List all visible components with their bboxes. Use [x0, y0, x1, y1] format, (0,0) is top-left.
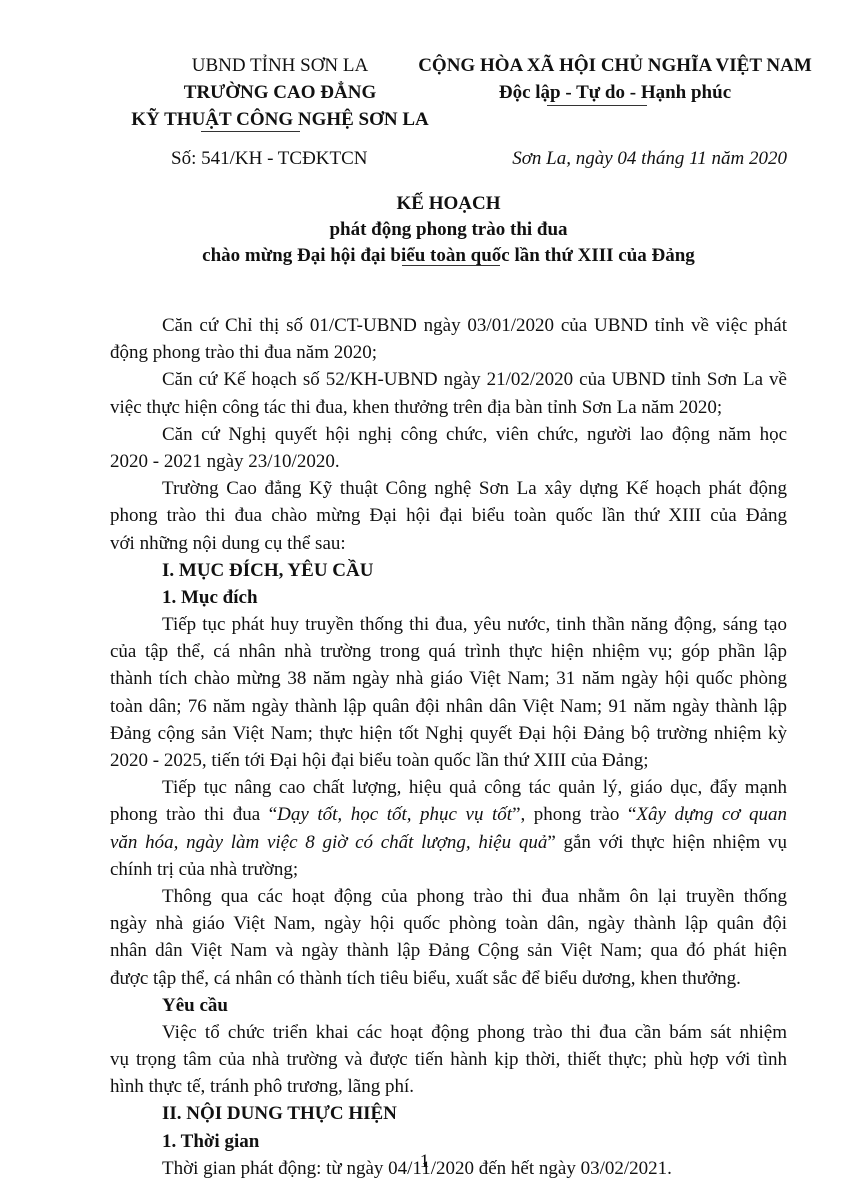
paragraph-line: hình thực tế, tránh phô trương, lãng phí…	[110, 1073, 787, 1100]
agency-divider	[201, 131, 300, 132]
paragraph-line: Thông qua các hoạt động của phong trào t…	[110, 883, 787, 910]
text-run: ”, phong trào “	[512, 804, 636, 825]
document-title: KẾ HOẠCH phát động phong trào thi đua ch…	[110, 191, 787, 269]
title-subtitle-1: phát động phong trào thi đua	[110, 217, 787, 243]
quoted-slogan-2: Xây dựng cơ quan	[636, 804, 787, 825]
paragraph-line: thành tích chào mừng 38 năm ngày nhà giá…	[110, 665, 787, 692]
document-number: Số: 541/KH - TCĐKTCN	[171, 145, 368, 172]
paragraph-line: vụ trọng tâm của nhà trường và được tiến…	[110, 1046, 787, 1073]
paragraph-line: phong trào thi đua chào mừng Đại hội đại…	[110, 502, 787, 529]
paragraph-line: Đảng cộng sản Việt Nam; thực hiện tốt Ng…	[110, 720, 787, 747]
paragraph-line: Việc tổ chức triển khai các hoạt động ph…	[110, 1019, 787, 1046]
paragraph-line: việc thực hiện công tác thi đua, khen th…	[110, 394, 787, 421]
document-page: UBND TỈNH SƠN LA TRƯỜNG CAO ĐẲNG KỸ THUẬ…	[0, 0, 849, 1200]
paragraph-line: 2020 - 2021 ngày 23/10/2020.	[110, 448, 787, 475]
text-run: ” gắn với thực hiện nhiệm vụ	[547, 832, 787, 853]
paragraph-line: Căn cứ Chỉ thị số 01/CT-UBND ngày 03/01/…	[110, 312, 787, 339]
paragraph-line: văn hóa, ngày làm việc 8 giờ có chất lượ…	[110, 829, 787, 856]
paragraph-line: Trường Cao đẳng Kỹ thuật Công nghệ Sơn L…	[110, 475, 787, 502]
place-and-date: Sơn La, ngày 04 tháng 11 năm 2020	[512, 145, 787, 172]
text-run: phong trào thi đua “	[110, 804, 277, 825]
paragraph-line: chính trị của nhà trường;	[110, 856, 787, 883]
page-number: 1	[0, 1150, 849, 1174]
paragraph-line: Tiếp tục nâng cao chất lượng, hiệu quả c…	[110, 774, 787, 801]
subsection-heading-requirements: Yêu cầu	[110, 992, 787, 1019]
document-body: Căn cứ Chỉ thị số 01/CT-UBND ngày 03/01/…	[110, 312, 787, 1182]
country-name: CỘNG HÒA XÃ HỘI CHỦ NGHĨA VIỆT NAM	[405, 52, 825, 79]
title-divider	[402, 265, 500, 266]
paragraph-line: động phong trào thi đua năm 2020;	[110, 339, 787, 366]
paragraph-line: nhân dân Việt Nam và ngày thành lập Đảng…	[110, 937, 787, 964]
paragraph-line: của tập thể, cá nhân nhà trường trong qu…	[110, 638, 787, 665]
section-heading-2: II. NỘI DUNG THỰC HIỆN	[110, 1100, 787, 1127]
section-heading-1: I. MỤC ĐÍCH, YÊU CẦU	[110, 557, 787, 584]
agency-name-line2: KỸ THUẬT CÔNG NGHỆ SƠN LA	[95, 106, 465, 133]
national-motto: CỘNG HÒA XÃ HỘI CHỦ NGHĨA VIỆT NAM Độc l…	[405, 52, 825, 106]
title-heading: KẾ HOẠCH	[110, 191, 787, 217]
quoted-slogan-2-cont: văn hóa, ngày làm việc 8 giờ có chất lượ…	[110, 832, 547, 853]
motto: Độc lập - Tự do - Hạnh phúc	[405, 79, 825, 106]
quoted-slogan-1: Dạy tốt, học tốt, phục vụ tốt	[277, 804, 512, 825]
paragraph-line: Căn cứ Nghị quyết hội nghị công chức, vi…	[110, 421, 787, 448]
paragraph-line: ngày nhà giáo Việt Nam, ngày hội quốc ph…	[110, 910, 787, 937]
paragraph-line: toàn dân; 76 năm ngày thành lập quân đội…	[110, 693, 787, 720]
paragraph-line: Tiếp tục phát huy truyền thống thi đua, …	[110, 611, 787, 638]
paragraph-line: được tập thể, cá nhân có thành tích tiêu…	[110, 965, 787, 992]
paragraph-line: Căn cứ Kế hoạch số 52/KH-UBND ngày 21/02…	[110, 366, 787, 393]
subsection-heading-purpose: 1. Mục đích	[110, 584, 787, 611]
paragraph-line: phong trào thi đua “Dạy tốt, học tốt, ph…	[110, 801, 787, 828]
motto-divider	[547, 105, 647, 106]
paragraph-line: với những nội dung cụ thể sau:	[110, 530, 787, 557]
paragraph-line: 2020 - 2025, tiến tới Đại hội đại biểu t…	[110, 747, 787, 774]
